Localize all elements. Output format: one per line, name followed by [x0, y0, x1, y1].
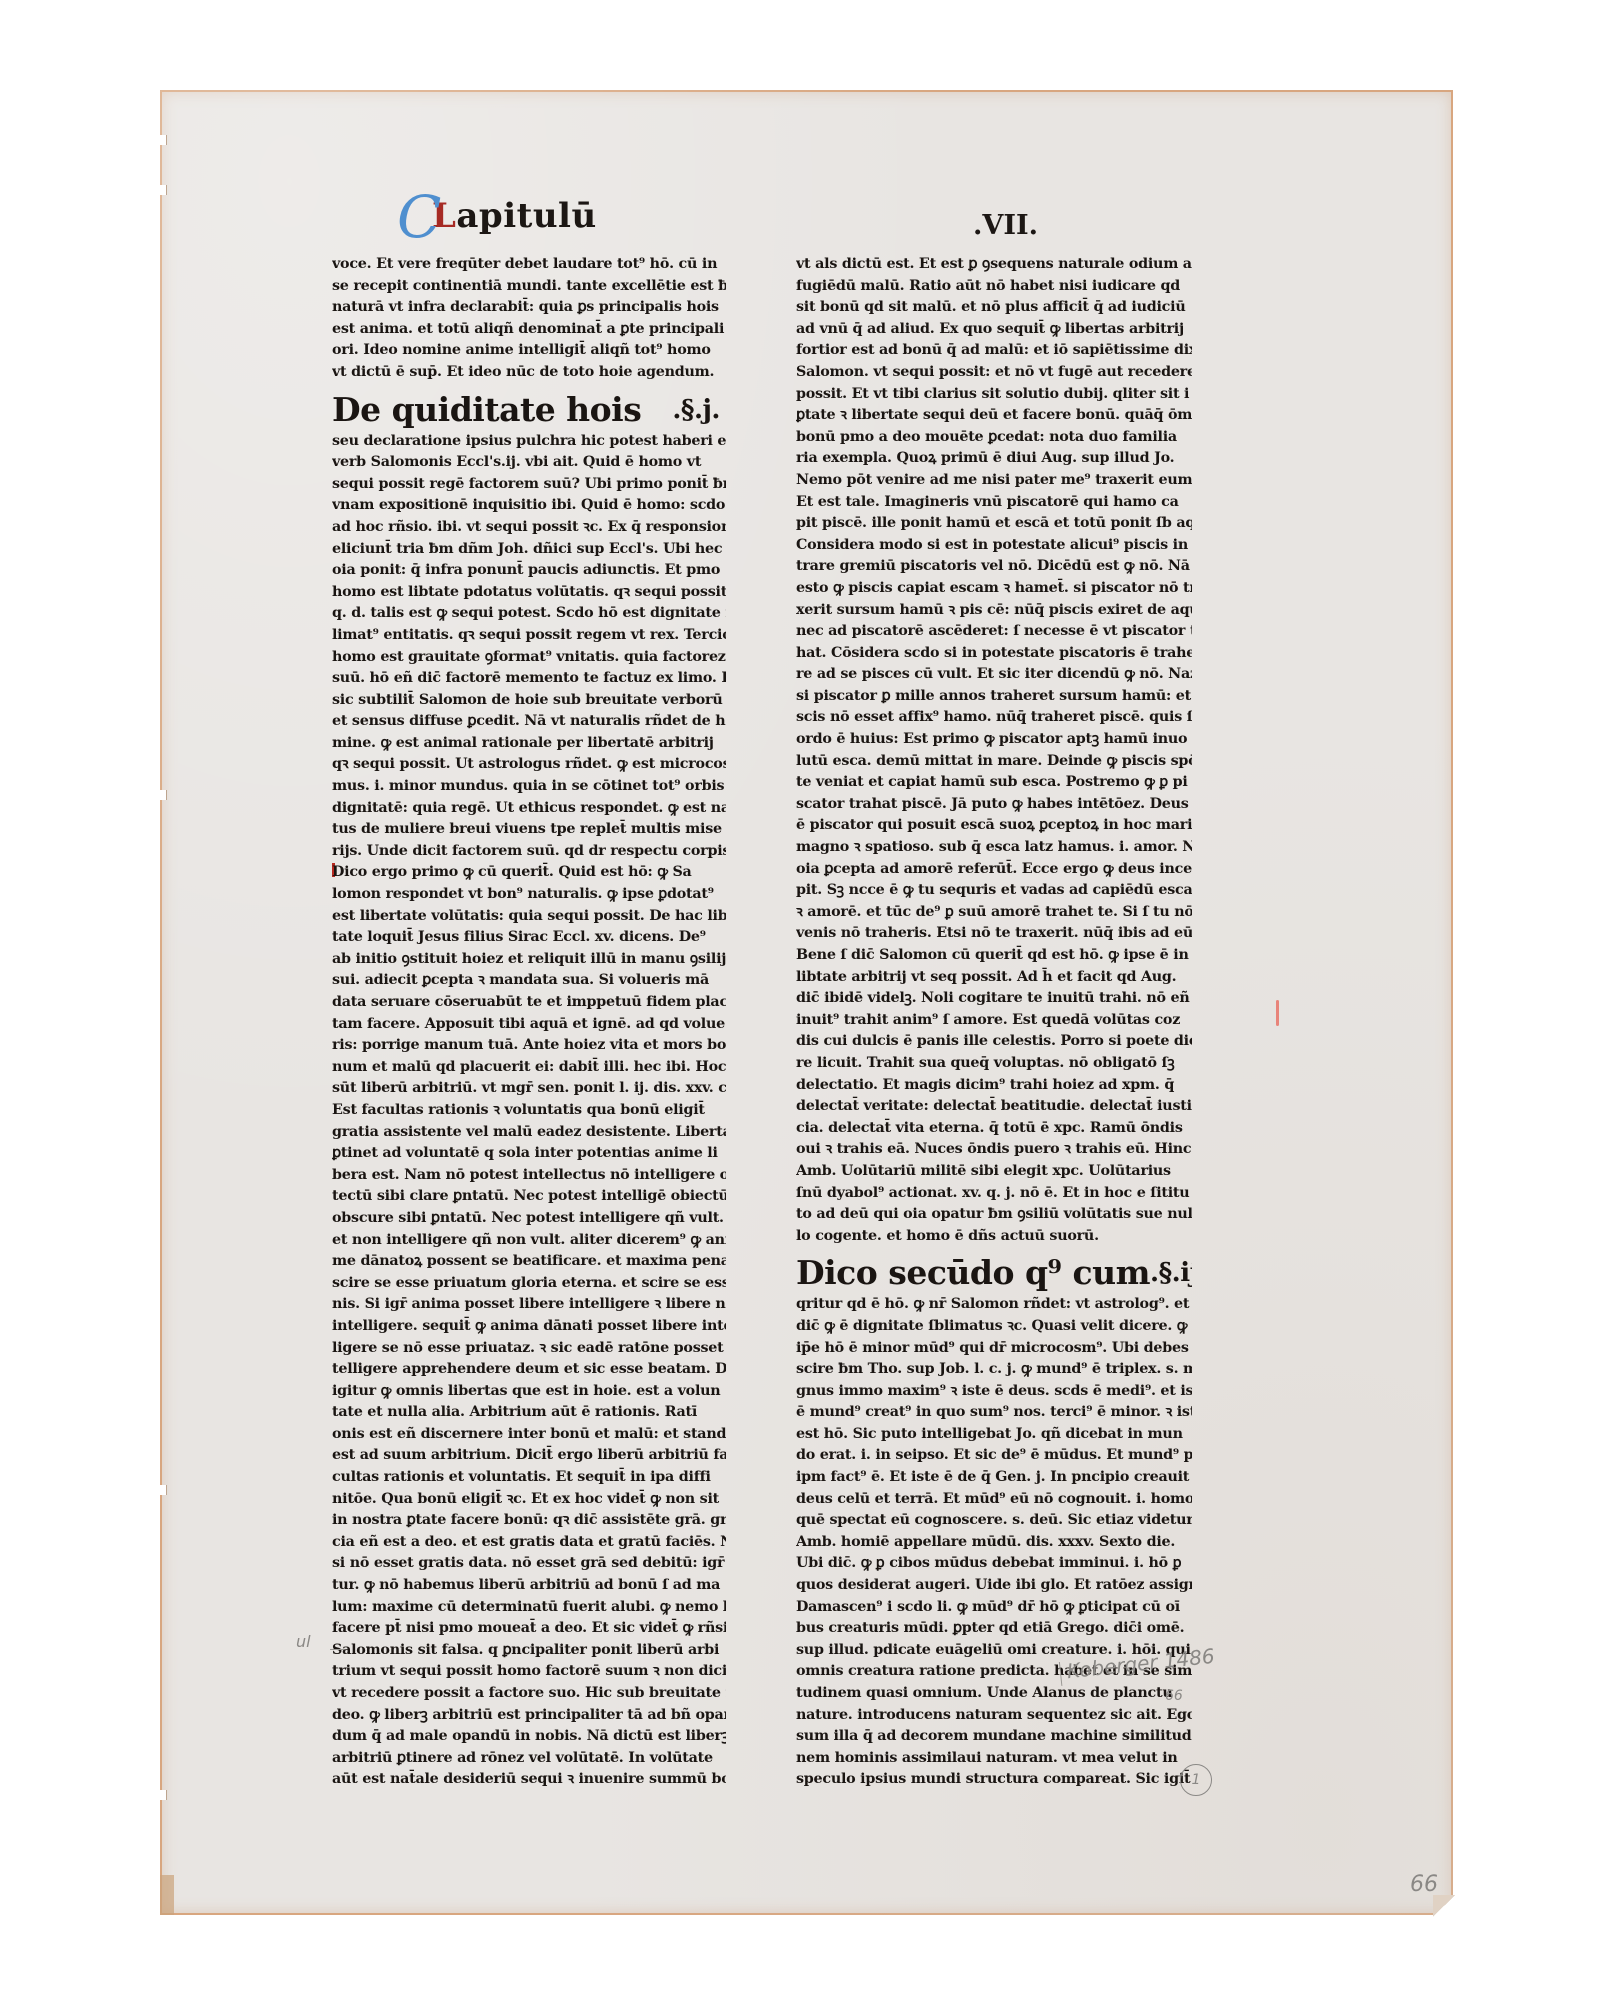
text-line: sui. adiecit ꝑcepta ꝛ mandata sua. Si vo…	[332, 970, 726, 992]
text-line: ligere se nō esse priuataz. ꝛ sic eadē r…	[332, 1338, 726, 1360]
text-line: telligere apprehendere deum et sic esse …	[332, 1359, 726, 1381]
text-line: scire se esse priuatum gloria eterna. et…	[332, 1273, 726, 1295]
text-line: scire ƀm Tho. sup Job. l. c. j. ꝙ mund⁹ …	[796, 1359, 1192, 1381]
text-line: rijs. Unde dicit factorem suū. qd dr res…	[332, 841, 726, 863]
text-line: q. d. talis est ꝙ sequi potest. Scdo hō …	[332, 603, 726, 625]
text-line: dis cui dulcis ē panis ille celestis. Po…	[796, 1031, 1192, 1053]
text-line: possit. Et vt tibi clarius sit solutio d…	[796, 384, 1192, 406]
text-line: sum illa q̄ ad decorem mundane machine s…	[796, 1726, 1192, 1748]
text-line: speculo ipsius mundi structura compareat…	[796, 1769, 1192, 1791]
pencil-margin-note: ul	[296, 1632, 311, 1651]
text-line: tudinem quasi omnium. Unde Alanus de pla…	[796, 1683, 1192, 1705]
text-line: onis est eñ discernere inter bonū et mal…	[332, 1424, 726, 1446]
pencil-circled-number: 1	[1180, 1764, 1212, 1796]
chapter-heading: C Lapitulū	[432, 196, 597, 236]
text-line: re ad se pisces cū vult. Et sic iter dic…	[796, 664, 1192, 686]
text-line: limat⁹ entitatis. qꝛ sequi possit regem …	[332, 625, 726, 647]
text-line: pit piscē. ille ponit hamū et escā et to…	[796, 513, 1192, 535]
blue-initial: C	[397, 188, 442, 246]
text-line: quē spectat eū cognoscere. s. deū. Sic e…	[796, 1510, 1192, 1532]
text-line: suū. hō eñ dic̄ factorē memento te factu…	[332, 668, 726, 690]
text-line: lo cogente. et homo ē dñs actuū suorū.	[796, 1226, 1192, 1248]
text-line: venis nō traheris. Etsi nō te traxerit. …	[796, 923, 1192, 945]
edge-tear	[158, 1485, 167, 1495]
text-line: cia eñ est a deo. et est gratis data et …	[332, 1532, 726, 1554]
text-line: qritur qd ē hō. ꝙ nr̄ Salomon rñdet: vt …	[796, 1294, 1192, 1316]
text-line: gratia assistente vel malū eadez desiste…	[332, 1122, 726, 1144]
text-line: Est facultas rationis ꝛ voluntatis qua b…	[332, 1100, 726, 1122]
text-line: vt als dictū est. Et est ꝑ ꝯsequens natu…	[796, 254, 1192, 276]
text-line: sequi possit regē factorem suū? Ubi prim…	[332, 474, 726, 496]
text-line: tate et nulla alia. Arbitrium aūt ē rati…	[332, 1402, 726, 1424]
section-number: .§.ij.	[1150, 1253, 1192, 1293]
text-line: tus de muliere breui viuens tpe replet̄ …	[332, 819, 726, 841]
text-line: est hō. Sic puto intelligebat Jo. qñ dic…	[796, 1424, 1192, 1446]
text-line: dic̄ ꝙ ē dignitate ſblimatus ꝛc. Quasi v…	[796, 1316, 1192, 1338]
text-line: Nemo pōt venire ad me nisi pater me⁹ tra…	[796, 470, 1192, 492]
text-line: ſnū dyabol⁹ actionat. xv. q. j. nō ē. Et…	[796, 1183, 1192, 1205]
text-line: Amb. Uolūtariū militē sibi elegit xpc. U…	[796, 1161, 1192, 1183]
text-line: me dānatoꝝ possent se beatificare. et ma…	[332, 1251, 726, 1273]
text-line: libtate arbitrij vt seq possit. Ad h̄ et…	[796, 967, 1192, 989]
section-heading-1: De quiditate hois .§.j.	[332, 386, 726, 430]
text-line: vnam expositionē inquisitio ibi. Quid ē …	[332, 495, 726, 517]
edge-tear	[158, 185, 167, 195]
text-line: magno ꝛ spatioso. sub q̄ esca latz hamus…	[796, 837, 1192, 859]
text-line: est anima. et totū aliqñ denominat̄ a ꝑt…	[332, 319, 726, 341]
section-heading-2: Dico secūdo q⁹ cum .§.ij.	[796, 1249, 1192, 1293]
text-line: cultas rationis et voluntatis. Et sequit…	[332, 1467, 726, 1489]
text-line: sic subtilit̄ Salomon de hoie sub breuit…	[332, 690, 726, 712]
text-line: bus creaturis mūdi. ꝑpter qd etiā Grego.…	[796, 1618, 1192, 1640]
text-line: Considera modo si est in potestate alicu…	[796, 535, 1192, 557]
text-line: pit. Sꝫ ncce ē ꝙ tu sequris et vadas ad …	[796, 880, 1192, 902]
text-line: ad vnū q̄ ad aliud. Ex quo sequit̄ ꝙ lib…	[796, 319, 1192, 341]
text-line: est libertate volūtatis: quia sequi poss…	[332, 906, 726, 928]
section-title: De quiditate hois	[332, 390, 641, 430]
text-line: ab initio ꝯstituit hoiez et reliquit ill…	[332, 949, 726, 971]
text-line: tectū sibi clare ꝑntatū. Nec potest inte…	[332, 1186, 726, 1208]
right-text-column: vt als dictū est. Et est ꝑ ꝯsequens natu…	[796, 254, 1192, 1791]
text-line: scis nō esset affix⁹ hamo. nūq̄ traheret…	[796, 707, 1192, 729]
text-line: ipm fact⁹ ē. Et iste ē de q̄ Gen. j. In …	[796, 1467, 1192, 1489]
text-line: si nō esset gratis data. nō esset grā se…	[332, 1553, 726, 1575]
text-line: ria exempla. Quoꝝ primū ē diui Aug. sup …	[796, 448, 1192, 470]
text-line: xerit sursum hamū ꝛ pis cē: nūq̄ piscis …	[796, 600, 1192, 622]
right-column-intro: vt als dictū est. Et est ꝑ ꝯsequens natu…	[796, 254, 1192, 1247]
left-column-intro: voce. Et vere freqūter debet laudare tot…	[332, 254, 726, 384]
section-title: Dico secūdo q⁹ cum	[796, 1253, 1150, 1293]
text-line: voce. Et vere freqūter debet laudare tot…	[332, 254, 726, 276]
text-line: fortior est ad bonū q̄ ad malū: et iō sa…	[796, 340, 1192, 362]
text-line: aūt est nat̄ale desideriū sequi ꝛ inueni…	[332, 1769, 726, 1791]
red-margin-mark	[1276, 1000, 1279, 1026]
text-line: Damascen⁹ i scdo li. ꝙ mūd⁹ dr̄ hō ꝙ ꝑti…	[796, 1597, 1192, 1619]
text-line: deo. ꝙ liberꝫ arbitriū est principaliter…	[332, 1705, 726, 1727]
text-line: ip̄e hō ē minor mūd⁹ qui dr̄ microcosm⁹.…	[796, 1338, 1192, 1360]
text-line: Et est tale. Imagineris vnū piscatorē qu…	[796, 492, 1192, 514]
text-line: est ad suum arbitrium. Dicit̄ ergo liber…	[332, 1445, 726, 1467]
section-number: .§.j.	[672, 390, 726, 430]
text-line: nitōe. Qua bonū eligit̄ ꝛc. Et ex hoc vi…	[332, 1489, 726, 1511]
edge-tear	[158, 790, 167, 800]
text-line: sit bonū qd sit malū. et nō plus afficit…	[796, 297, 1192, 319]
text-line: scator trahat piscē. Jā puto ꝙ habes int…	[796, 794, 1192, 816]
text-line: ꝛ amorē. et tūc de⁹ ꝑ suū amorē trahet t…	[796, 902, 1192, 924]
text-line: obscure sibi ꝑntatū. Nec potest intellig…	[332, 1208, 726, 1230]
text-line: oia ponit: q̄ infra ponunt̄ paucis adiun…	[332, 560, 726, 582]
text-line: Dico ergo primo ꝙ cū querit̄. Quid est h…	[332, 862, 726, 884]
text-line: Ubi dic̄. ꝙ ꝑ cibos mūdus debebat imminu…	[796, 1553, 1192, 1575]
text-line: si piscator ꝑ mille annos traheret sursu…	[796, 686, 1192, 708]
edge-tear	[158, 135, 167, 145]
red-paraph-mark	[332, 863, 335, 877]
text-line: num et malū qd placuerit ei: dabit̄ illi…	[332, 1057, 726, 1079]
text-line: to ad deū qui oia opatur ƀm ꝯsiliū volūt…	[796, 1204, 1192, 1226]
text-line: igitur ꝙ omnis libertas que est in hoie.…	[332, 1381, 726, 1403]
text-line: data seruare cōseruabūt te et imppetuū f…	[332, 992, 726, 1014]
text-line: gnus immo maxim⁹ ꝛ iste ē deus. scds ē m…	[796, 1381, 1192, 1403]
pencil-dash	[330, 1649, 344, 1650]
text-line: ē mund⁹ creat⁹ in quo sum⁹ nos. terci⁹ ē…	[796, 1402, 1192, 1424]
text-line: Salomon. vt sequi possit: et nō vt fugē …	[796, 362, 1192, 384]
text-line: homo est libtate pdotatus volūtatis. qꝛ …	[332, 582, 726, 604]
pencil-attribution-sub: 66	[1165, 1688, 1183, 1704]
text-line: facere pt̄ nisi pmo moueat̄ a deo. Et si…	[332, 1618, 726, 1640]
text-line: ris: porrige manum tuā. Ante hoiez vita …	[332, 1035, 726, 1057]
text-line: et sensus diffuse ꝑcedit. Nā vt naturali…	[332, 711, 726, 733]
text-line: te veniat et capiat hamū sub esca. Postr…	[796, 772, 1192, 794]
text-line: ori. Ideo nomine anime intelligit̄ aliqñ…	[332, 340, 726, 362]
text-line: verb Salomonis Eccl's.ij. vbi ait. Quid …	[332, 452, 726, 474]
text-line: lum: maxime cū determinatū fuerit alubi.…	[332, 1597, 726, 1619]
pencil-folio-number: 66	[1410, 1872, 1438, 1897]
text-line: ad hoc rñsio. ibi. vt sequi possit ꝛc. E…	[332, 517, 726, 539]
text-line: in nostra ꝑtate facere bonū: qꝛ dic̄ ass…	[332, 1510, 726, 1532]
text-line: dic̄ ibidē videlꝫ. Noli cogitare te inui…	[796, 988, 1192, 1010]
text-line: lomon respondet vt bon⁹ naturalis. ꝙ ips…	[332, 884, 726, 906]
text-line: tam facere. Apposuit tibi aquā et ignē. …	[332, 1014, 726, 1036]
chapter-title: apitulū	[456, 196, 596, 236]
text-line: oia ꝑcepta ad amorē referūt̄. Ecce ergo …	[796, 859, 1192, 881]
text-line: nec ad piscatorē ascēderet: ſ necesse ē …	[796, 621, 1192, 643]
text-line: inuit⁹ trahit anim⁹ ſ amore. Est quedā v…	[796, 1010, 1192, 1032]
text-line: do erat. i. in seipso. Et sic de⁹ ē mūdu…	[796, 1445, 1192, 1467]
text-line: fugiēdū malū. Ratio aūt nō habet nisi iu…	[796, 276, 1192, 298]
text-line: arbitriū ꝑtinere ad rōnez vel volūtatē. …	[332, 1748, 726, 1770]
left-text-column: voce. Et vere freqūter debet laudare tot…	[332, 254, 726, 1791]
text-line: mus. i. minor mundus. quia in se cōtinet…	[332, 776, 726, 798]
text-line: sūt liberū arbitriū. vt mgr̄ sen. ponit …	[332, 1078, 726, 1100]
text-line: hat. Cōsidera scdo si in potestate pisca…	[796, 643, 1192, 665]
text-line: ꝑtate ꝛ libertate sequi deū et facere bo…	[796, 405, 1192, 427]
left-column-body: seu declaratione ipsius pulchra hic pote…	[332, 431, 726, 1791]
edge-tear	[158, 1790, 167, 1800]
text-line: trium vt sequi possit homo factorē suum …	[332, 1661, 726, 1683]
text-line: dignitatē: quia regē. Ut ethicus respond…	[332, 798, 726, 820]
text-line: Amb. homiē appellare mūdū. dis. xxxv. Se…	[796, 1532, 1192, 1554]
text-line: Salomonis sit falsa. q ꝑncipaliter ponit…	[332, 1640, 726, 1662]
text-line: nature. introducens naturam sequentez si…	[796, 1705, 1192, 1727]
text-line: vt recedere possit a factore suo. Hic su…	[332, 1683, 726, 1705]
text-line: esto ꝙ piscis capiat escam ꝛ hamet̄. si …	[796, 578, 1192, 600]
text-line: cia. delectat̄ vita eterna. q̄ totū ē xp…	[796, 1118, 1192, 1140]
text-line: nis. Si igr̄ anima posset libere intelli…	[332, 1294, 726, 1316]
text-line: deus celū et terrā. Et mūd⁹ eū nō cognou…	[796, 1489, 1192, 1511]
text-line: quos desiderat augeri. Uide ibi glo. Et …	[796, 1575, 1192, 1597]
text-line: bonū pmo a deo mouēte ꝑcedat: nota duo f…	[796, 427, 1192, 449]
text-line: re licuit. Trahit sua queq̄ voluptas. nō…	[796, 1053, 1192, 1075]
text-line: ē piscator qui posuit escā suoꝝ ꝑceptoꝝ …	[796, 815, 1192, 837]
text-line: delectat̄ veritate: delectat̄ beatitudie…	[796, 1096, 1192, 1118]
text-line: se recepit continentiā mundi. tante exce…	[332, 276, 726, 298]
text-line: mine. ꝙ est animal rationale per liberta…	[332, 733, 726, 755]
text-line: dum q̄ ad male opandū in nobis. Nā dictū…	[332, 1726, 726, 1748]
text-line: ꝑtinet ad voluntatē q sola inter potenti…	[332, 1143, 726, 1165]
text-line: intelligere. sequit̄ ꝙ anima dānati poss…	[332, 1316, 726, 1338]
text-line: lutū esca. demū mittat in mare. Deinde ꝙ…	[796, 751, 1192, 773]
text-line: et non intelligere qñ non vult. aliter d…	[332, 1230, 726, 1252]
text-line: Bene ſ dic̄ Salomon cū querit̄ qd est hō…	[796, 945, 1192, 967]
text-line: tur. ꝙ nō habemus liberū arbitriū ad bon…	[332, 1575, 726, 1597]
right-column-body: qritur qd ē hō. ꝙ nr̄ Salomon rñdet: vt …	[796, 1294, 1192, 1791]
text-line: eliciunt̄ tria ƀm dñm Joh. dñici sup Ecc…	[332, 539, 726, 561]
text-line: oui ꝛ trahis eā. Nuces ōndis puero ꝛ tra…	[796, 1139, 1192, 1161]
text-line: delectatio. Et magis dicim⁹ trahi hoiez …	[796, 1075, 1192, 1097]
edge-stain	[160, 1875, 174, 1915]
text-line: trare gremiū piscatoris vel nō. Dicēdū e…	[796, 556, 1192, 578]
text-line: seu declaratione ipsius pulchra hic pote…	[332, 431, 726, 453]
text-line: ordo ē huius: Est primo ꝙ piscator aptꝫ …	[796, 729, 1192, 751]
text-line: vt dictū ē sup̄. Et ideo nūc de toto hoi…	[332, 362, 726, 384]
text-line: homo est grauitate ꝯformat⁹ vnitatis. qu…	[332, 647, 726, 669]
text-line: bera est. Nam nō potest intellectus nō i…	[332, 1165, 726, 1187]
text-line: qꝛ sequi possit. Ut astrologus rñdet. ꝙ …	[332, 754, 726, 776]
text-line: tate loquit̄ Jesus filius Sirac Eccl. xv…	[332, 927, 726, 949]
chapter-number: .VII.	[973, 210, 1038, 241]
text-line: nem hominis assimilaui naturam. vt mea v…	[796, 1748, 1192, 1770]
text-line: naturā vt infra declarabit̄: quia ꝑs pri…	[332, 297, 726, 319]
corner-fold	[1433, 1895, 1455, 1917]
